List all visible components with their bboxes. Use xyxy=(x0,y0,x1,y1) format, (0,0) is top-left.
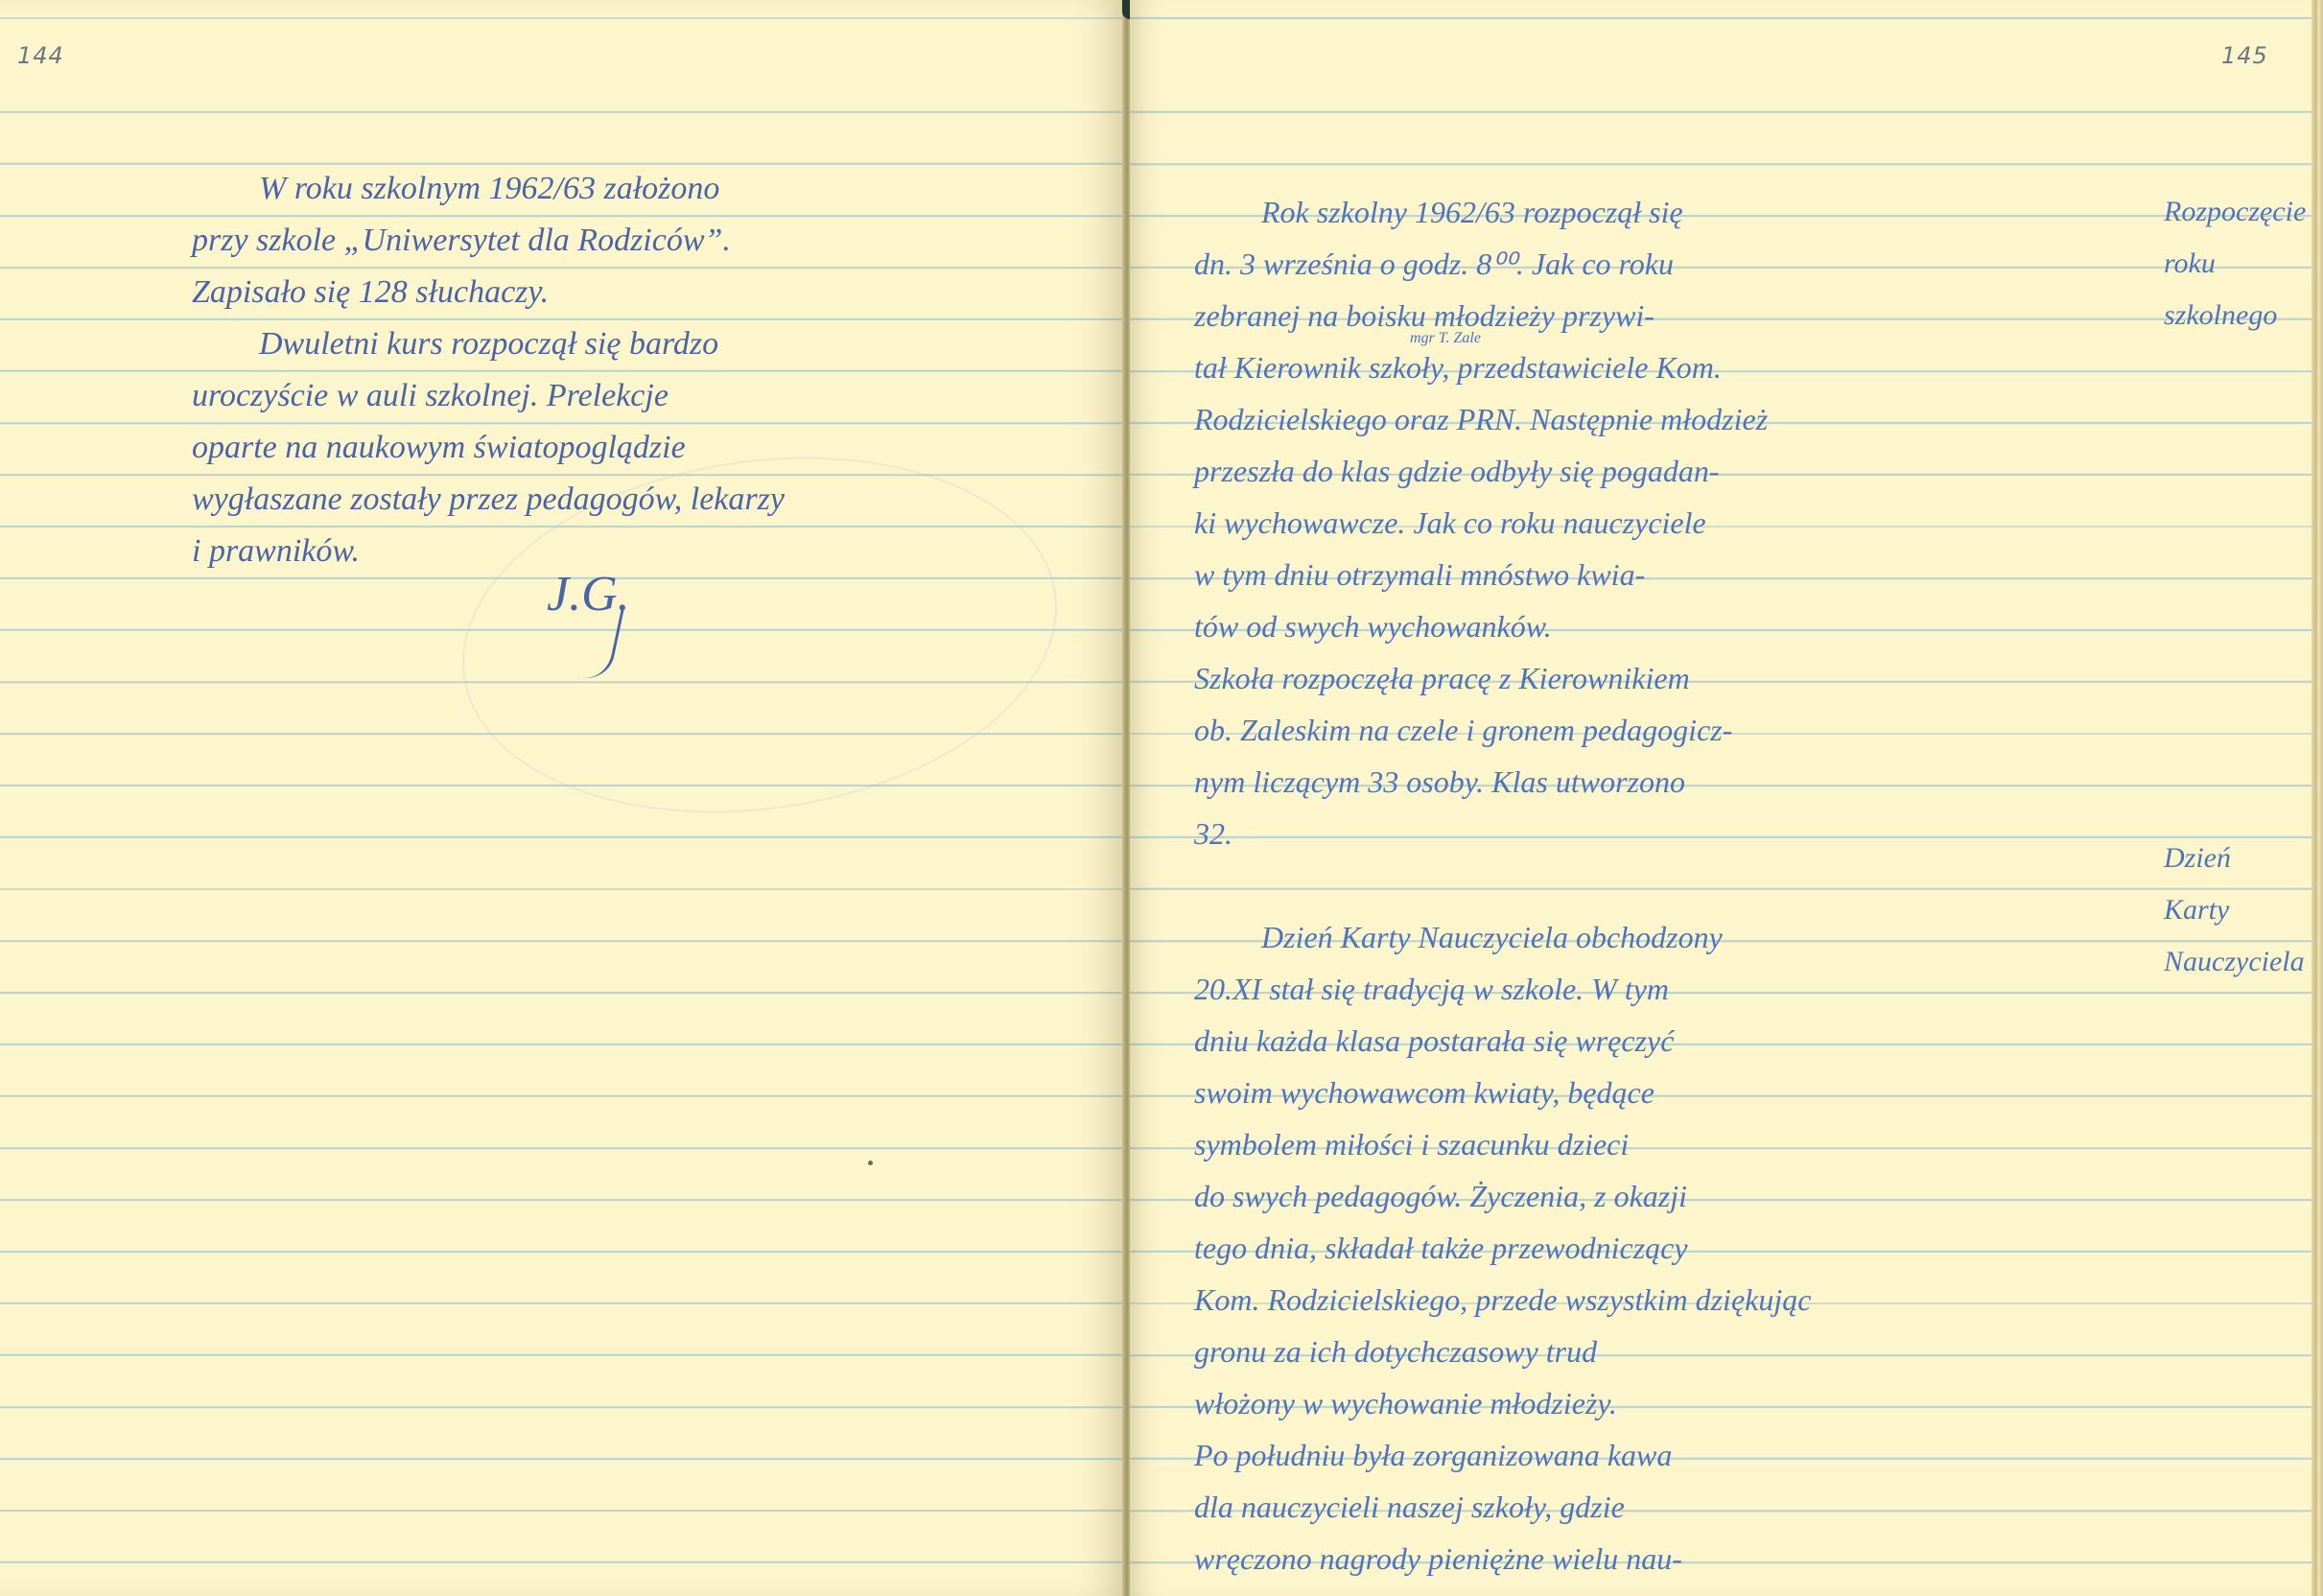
margin-line: Dzień xyxy=(2164,833,2305,884)
text-line: dla nauczycieli naszej szkoły, gdzie xyxy=(1194,1481,1811,1533)
text-line: dniu każda klasa postarała się wręczyć xyxy=(1194,1015,1811,1067)
text-line: tego dnia, składał także przewodniczący xyxy=(1194,1222,1811,1274)
margin-line: Rozpoczęcie xyxy=(2164,186,2306,238)
page-number-right: 145 xyxy=(2221,42,2268,69)
margin-line: roku xyxy=(2164,238,2306,290)
section-teachers-day: Dzień Karty Nauczyciela obchodzony 20.XI… xyxy=(1194,911,1811,1584)
text-line: symbolem miłości i szacunku dzieci xyxy=(1194,1118,1811,1170)
margin-note-teachers-day: Dzień Karty Nauczyciela xyxy=(2164,833,2305,988)
left-page: 144 W roku szkolnym 1962/63 założono prz… xyxy=(0,0,1124,1596)
text-line: dn. 3 września o godz. 8⁰⁰. Jak co roku xyxy=(1194,238,1768,290)
ink-speck xyxy=(868,1161,873,1165)
text-line: wygłaszane zostały przez pedagogów, leka… xyxy=(192,474,785,526)
text-line: Zapisało się 128 słuchaczy. xyxy=(192,267,785,318)
text-line: Po południu była zorganizowana kawa xyxy=(1194,1429,1811,1481)
page-number-left: 144 xyxy=(17,42,64,69)
text-line: 20.XI stał się tradycją w szkole. W tym xyxy=(1194,963,1811,1015)
text-line: Kom. Rodzicielskiego, przede wszystkim d… xyxy=(1194,1274,1811,1326)
text-line: tów od swych wychowanków. xyxy=(1194,600,1768,652)
text-line: Rodzicielskiego oraz PRN. Następnie młod… xyxy=(1194,393,1768,445)
right-page: 145 Rok szkolny 1962/63 rozpoczął się dn… xyxy=(1130,0,2311,1596)
page-edge xyxy=(2311,0,2323,1596)
interlinear-note: mgr T. Zale xyxy=(1410,330,1481,347)
text-line: ob. Zaleskim na czele i gronem pedagogic… xyxy=(1194,704,1768,756)
text-line: włożony w wychowanie młodzieży. xyxy=(1194,1377,1811,1429)
text-line: przy szkole „Uniwersytet dla Rodziców”. xyxy=(192,215,785,267)
text-line: wręczono nagrody pieniężne wielu nau- xyxy=(1194,1533,1811,1584)
text-line: do swych pedagogów. Życzenia, z okazji xyxy=(1194,1170,1811,1222)
section-school-year-start: Rok szkolny 1962/63 rozpoczął się dn. 3 … xyxy=(1194,186,1768,859)
margin-note-school-year: Rozpoczęcie roku szkolnego xyxy=(2164,186,2306,341)
text-line: uroczyście w auli szkolnej. Prelekcje xyxy=(192,370,785,422)
margin-line: Nauczyciela xyxy=(2164,936,2305,988)
margin-line: Karty xyxy=(2164,884,2305,936)
text-line: W roku szkolnym 1962/63 założono xyxy=(192,163,785,215)
text-line: zebranej na boisku młodzieży przywi- xyxy=(1194,290,1768,341)
margin-line: szkolnego xyxy=(2164,290,2306,341)
text-line: oparte na naukowym światopoglądzie xyxy=(192,422,785,474)
notebook-spread: 144 W roku szkolnym 1962/63 założono prz… xyxy=(0,0,2323,1596)
text-line: i prawników. xyxy=(192,526,785,577)
text-line: Szkoła rozpoczęła pracę z Kierownikiem xyxy=(1194,652,1768,704)
text-line: gronu za ich dotychczasowy trud xyxy=(1194,1326,1811,1377)
text-line: Dzień Karty Nauczyciela obchodzony xyxy=(1194,911,1811,963)
text-line: tał Kierownik szkoły, przedstawiciele Ko… xyxy=(1194,341,1768,393)
left-page-text: W roku szkolnym 1962/63 założono przy sz… xyxy=(192,163,785,577)
text-line: Rok szkolny 1962/63 rozpoczął się xyxy=(1194,186,1768,238)
text-line: w tym dniu otrzymali mnóstwo kwia- xyxy=(1194,549,1768,600)
text-line: nym liczącym 33 osoby. Klas utworzono xyxy=(1194,756,1768,808)
text-line: swoim wychowawcom kwiaty, będące xyxy=(1194,1067,1811,1118)
text-line: ki wychowawcze. Jak co roku nauczyciele xyxy=(1194,497,1768,549)
text-line: Dwuletni kurs rozpoczął się bardzo xyxy=(192,318,785,370)
text-line: przeszła do klas gdzie odbyły się pogada… xyxy=(1194,445,1768,497)
text-line: 32. xyxy=(1194,808,1768,859)
